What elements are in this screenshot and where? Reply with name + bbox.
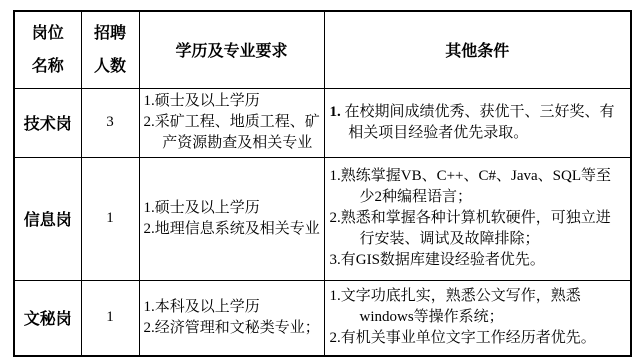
header-other-conditions: 其他条件: [324, 11, 631, 88]
table-header-row: 岗位 名称 招聘 人数 学历及专业要求 其他条件: [14, 11, 631, 88]
cell-recruit-count: 1: [81, 280, 139, 356]
education-requirements-text: 1.硕士及以上学历 2.地理信息系统及相关专业: [140, 196, 324, 242]
cell-other-conditions: 1. 在校期间成绩优秀、获优干、三好奖、有 相关项目经验者优先录取。: [324, 88, 631, 157]
other-conditions-body: 1.熟练掌握VB、C++、C#、Java、SQL等至 少2种编程语言； 2.熟悉…: [330, 168, 612, 268]
table-row-info-post: 信息岗 1 1.硕士及以上学历 2.地理信息系统及相关专业 1.熟练掌握VB、C…: [14, 157, 631, 280]
recruitment-table: 岗位 名称 招聘 人数 学历及专业要求 其他条件 技术岗 3 1.硕士及以上学历…: [13, 10, 632, 357]
cell-education-requirements: 1.硕士及以上学历 2.地理信息系统及相关专业: [139, 157, 324, 280]
other-conditions-body: 在校期间成绩优秀、获优干、三好奖、有 相关项目经验者优先录取。: [330, 104, 615, 141]
cell-recruit-count: 3: [81, 88, 139, 157]
header-education-requirements: 学历及专业要求: [139, 11, 324, 88]
other-conditions-body: 1.文字功底扎实，熟悉公文写作，熟悉 windows等操作系统； 2.有机关事业…: [330, 288, 596, 346]
cell-other-conditions: 1.熟练掌握VB、C++、C#、Java、SQL等至 少2种编程语言； 2.熟悉…: [324, 157, 631, 280]
cell-education-requirements: 1.硕士及以上学历 2.采矿工程、地质工程、矿 产资源勘查及相关专业: [139, 88, 324, 157]
education-requirements-text: 1.硕士及以上学历 2.采矿工程、地质工程、矿 产资源勘查及相关专业: [140, 89, 324, 156]
table-row-tech-post: 技术岗 3 1.硕士及以上学历 2.采矿工程、地质工程、矿 产资源勘查及相关专业…: [14, 88, 631, 157]
cell-position-name: 文秘岗: [14, 280, 81, 356]
cell-other-conditions: 1.文字功底扎实，熟悉公文写作，熟悉 windows等操作系统； 2.有机关事业…: [324, 280, 631, 356]
cell-education-requirements: 1.本科及以上学历 2.经济管理和文秘类专业；: [139, 280, 324, 356]
cell-position-name: 技术岗: [14, 88, 81, 157]
other-conditions-text: 1. 在校期间成绩优秀、获优干、三好奖、有 相关项目经验者优先录取。: [325, 100, 631, 146]
document-page: 岗位 名称 招聘 人数 学历及专业要求 其他条件 技术岗 3 1.硕士及以上学历…: [13, 10, 632, 357]
list-number-bold: 1.: [330, 104, 341, 120]
header-position-name: 岗位 名称: [14, 11, 81, 88]
table-row-secretary-post: 文秘岗 1 1.本科及以上学历 2.经济管理和文秘类专业； 1.文字功底扎实，熟…: [14, 280, 631, 356]
cell-position-name: 信息岗: [14, 157, 81, 280]
other-conditions-text: 1.文字功底扎实，熟悉公文写作，熟悉 windows等操作系统； 2.有机关事业…: [325, 284, 631, 351]
education-requirements-text: 1.本科及以上学历 2.经济管理和文秘类专业；: [140, 295, 324, 341]
cell-recruit-count: 1: [81, 157, 139, 280]
other-conditions-text: 1.熟练掌握VB、C++、C#、Java、SQL等至 少2种编程语言； 2.熟悉…: [325, 164, 631, 273]
header-recruit-count: 招聘 人数: [81, 11, 139, 88]
